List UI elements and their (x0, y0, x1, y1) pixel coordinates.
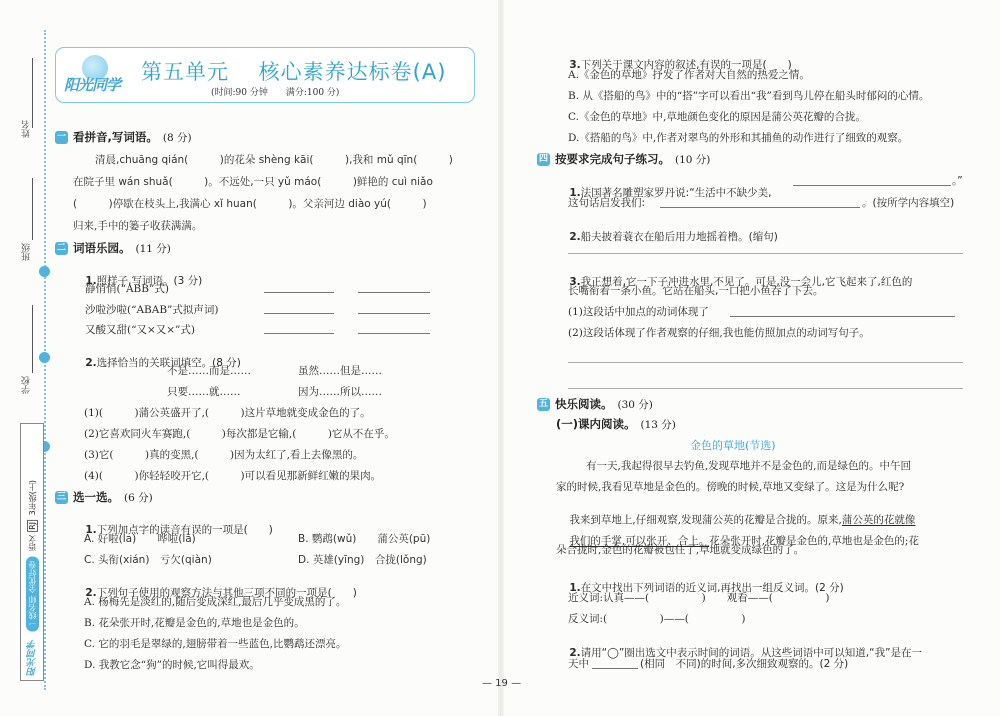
section-5-heading: 五 快乐阅读。 (30 分) (537, 396, 653, 412)
brand-strip-subject: 语文 (27, 535, 38, 551)
section-title: 词语乐园。 (73, 240, 131, 256)
section-2-heading: 二 词语乐园。 (11 分) (55, 240, 171, 256)
class-label: 班级 (20, 243, 33, 261)
name-label: 姓名 (20, 120, 33, 138)
section-4-heading: 四 按要求完成句子练习。 (10 分) (537, 151, 710, 167)
passage-line: 朵合拢时,金色的花瓣被包住了,草地就变成绿色的了。 (556, 542, 804, 557)
word-pattern-item: 沙啦沙啦(“ABAB”式拟声词) (85, 302, 219, 317)
sub-question-2: (2)这段话体现了作者观察的仔细,我也能仿照加点的动词写句子。 (568, 325, 870, 340)
binding-hole (39, 352, 50, 363)
fill-in-item[interactable]: (4)( )你轻轻咬开它,( )可以看见那新鲜红嫩的果肉。 (84, 468, 381, 483)
section-points: (11 分) (136, 241, 171, 256)
fill-in-item[interactable]: (2)它喜欢同火车赛跑,( )每次都是它输,( )它从不在乎。 (84, 426, 395, 441)
answer-blank[interactable] (358, 292, 430, 293)
section-number-badge: 五 (537, 398, 550, 411)
school-label: 学校 (20, 376, 33, 394)
choice-option-b[interactable]: B. 鹦鹉(wǔ) 蒲公英(pū) (298, 531, 430, 546)
brand-logo: 阳光同学 (62, 52, 132, 98)
section-points: (6 分) (124, 490, 153, 505)
word-pattern-item: 又酸又甜(“又×又×”式) (85, 322, 195, 337)
section-points: (30 分) (618, 397, 653, 412)
answer-line[interactable] (568, 362, 963, 363)
book-spine (498, 0, 504, 716)
conjunction-option: 因为……所以…… (298, 384, 382, 399)
section-number-badge: 三 (55, 491, 68, 504)
pinyin-line[interactable]: 在院子里 wán shuǎ( )。不远处,一只 yǔ máo( )鲜艳的 cuì… (73, 174, 433, 189)
pinyin-line[interactable]: 清晨,chuāng qián( )的花朵 shèng kāi( ),我和 mǔ … (95, 152, 453, 167)
choice-option-c[interactable]: C. 它的羽毛是翠绿的,翅膀带着一些蓝色,比鹦鹉还漂亮。 (84, 636, 347, 651)
question-text-cont: (相同 不同)的时间,多次细致观察的。(2 分) (640, 656, 848, 671)
brand-strip-slogan: 一线名师 全优好卷 (26, 557, 39, 632)
school-fill-line[interactable] (32, 305, 33, 373)
question-number: 2. (569, 231, 580, 243)
question-4-1-b: 这句话启发我们: (568, 195, 645, 210)
answer-line[interactable] (568, 388, 963, 389)
passage-line: 有一天,我起得很早去钓鱼,发现草地并不是金色的,而是绿色的。中午回 (586, 458, 911, 473)
conjunction-option: 虽然……但是…… (298, 363, 382, 378)
antonym-fill[interactable]: 反义词:( )——( ) (568, 611, 745, 626)
question-4-2: 2.船夫披着蓑衣在船后用力地摇着橹。(缩句) (556, 217, 778, 256)
punctuation: 。” (952, 173, 963, 188)
choice-option-a[interactable]: A. 好啦(la) 哗啦(lā) (84, 531, 196, 546)
section-3-heading: 三 选一选。 (6 分) (55, 489, 153, 505)
word-pattern-item: 静悄悄(“ABB”式) (85, 281, 169, 296)
choice-option-c[interactable]: C. 头衔(xián) 亏欠(qiàn) (84, 552, 212, 567)
exam-info: (时间:90 分钟 满分:100 分) (211, 85, 339, 98)
choice-option-d[interactable]: D. 英雄(yīng) 合拢(lǒng) (298, 552, 427, 567)
page-title: 第五单元 核心素养达标卷(A) (141, 56, 446, 86)
question-text-cont: 天中 (568, 656, 589, 671)
page-number: — 19 — (482, 678, 521, 689)
question-text: 船夫披着蓑衣在船后用力地摇着橹。(缩句) (581, 231, 778, 243)
brand-logo-text: 阳光同学 (64, 74, 120, 95)
brand-strip-edition: RJ (27, 520, 38, 532)
sub-question-1: (1)这段话中加点的动词体现了 (568, 304, 709, 319)
section-title: 选一选。 (73, 489, 119, 505)
choice-option-a[interactable]: A. 杨梅先是淡红的,随后变成深红,最后几乎变成黑的了。 (84, 594, 346, 609)
fill-in-item[interactable]: (1)( )蒲公英盛开了,( )这片草地就变成金色的了。 (84, 405, 371, 420)
answer-blank[interactable] (730, 316, 955, 317)
section-number-badge: 四 (537, 153, 550, 166)
fill-in-item[interactable]: (3)它( )真的变黑,( )因为太红了,看上去像黑的。 (84, 447, 363, 462)
answer-blank[interactable] (264, 333, 334, 334)
answer-blank[interactable] (264, 313, 334, 314)
brand-strip: 阳光同学 一线名师 全优好卷 语文 RJ 3年级(上) (20, 423, 44, 681)
passage-title: 金色的草地(节选) (690, 437, 776, 453)
section-points: (8 分) (163, 130, 192, 145)
reading-part-1-heading: (一)课内阅读。 (13 分) (556, 416, 676, 432)
answer-blank[interactable] (358, 333, 430, 334)
section-1-heading: 一 看拼音,写词语。 (8 分) (55, 129, 192, 145)
binding-hole (39, 266, 50, 277)
answer-blank[interactable] (264, 292, 334, 293)
answer-blank[interactable] (793, 185, 951, 186)
pinyin-line: 归来,手中的篓子收获满满。 (73, 218, 202, 233)
part-points: (13 分) (641, 417, 676, 432)
answer-blank[interactable] (358, 313, 430, 314)
name-fill-line[interactable] (32, 58, 33, 128)
brand-strip-logo: 阳光同学 (26, 640, 39, 676)
question-text-cont: 长嘴衔着一条小鱼。它站在船头,一口把小鱼吞了下去。 (568, 283, 823, 298)
passage-line: 家的时候,我看见草地是金色的。傍晚的时候,草地又变绿了。这是为什么呢? (556, 479, 904, 494)
section-title: 快乐阅读。 (555, 396, 613, 412)
section-title: 看拼音,写词语。 (73, 129, 158, 145)
choice-option-b[interactable]: B. 从《搭船的鸟》中的“搭”字可以看出“我”看到鸟儿停在船头时郁闷的心情。 (568, 88, 929, 103)
pinyin-line[interactable]: ( )停歇在枝头上,我满心 xǐ huan( )。父亲河边 diào yú( ) (73, 196, 427, 211)
fill-hint: 。(按所学内容填空) (862, 195, 954, 210)
conjunction-option: 只要……就…… (167, 384, 241, 399)
choice-option-d[interactable]: D. 我教它念“狗”的时候,它叫得最欢。 (84, 657, 260, 672)
worksheet-page: 姓名 班级 学校 阳光同学 一线名师 全优好卷 语文 RJ 3年级(上) 阳光同… (0, 0, 1000, 716)
choice-option-b[interactable]: B. 花朵张开时,花瓣是金色的,草地也是金色的。 (84, 615, 305, 630)
choice-option-d[interactable]: D.《搭船的鸟》中,作者对翠鸟的外形和其捕鱼的动作进行了细致的观察。 (568, 130, 908, 145)
part-title: (一)课内阅读。 (556, 416, 636, 432)
brand-strip-grade: 3年级(上) (27, 480, 38, 515)
synonym-fill[interactable]: 近义词:认真——( ) 观看——( ) (568, 590, 829, 605)
question-number: 2. (85, 357, 96, 369)
section-number-badge: 一 (55, 131, 68, 144)
class-fill-line[interactable] (32, 178, 33, 240)
section-number-badge: 二 (55, 242, 68, 255)
answer-blank[interactable] (660, 207, 860, 208)
answer-line[interactable] (568, 253, 963, 254)
section-title: 按要求完成句子练习。 (555, 151, 670, 167)
choice-option-a[interactable]: A.《金色的草地》抒发了作者对大自然的热爱之情。 (568, 67, 810, 82)
section-points: (10 分) (675, 152, 710, 167)
title-banner: 阳光同学 第五单元 核心素养达标卷(A) (时间:90 分钟 满分:100 分) (55, 47, 475, 103)
choice-option-c[interactable]: C.《金色的草地》中,草地颜色变化的原因是蒲公英花瓣的合拢。 (568, 109, 866, 124)
conjunction-option: 不是……而是…… (167, 363, 251, 378)
answer-blank[interactable] (592, 668, 638, 669)
